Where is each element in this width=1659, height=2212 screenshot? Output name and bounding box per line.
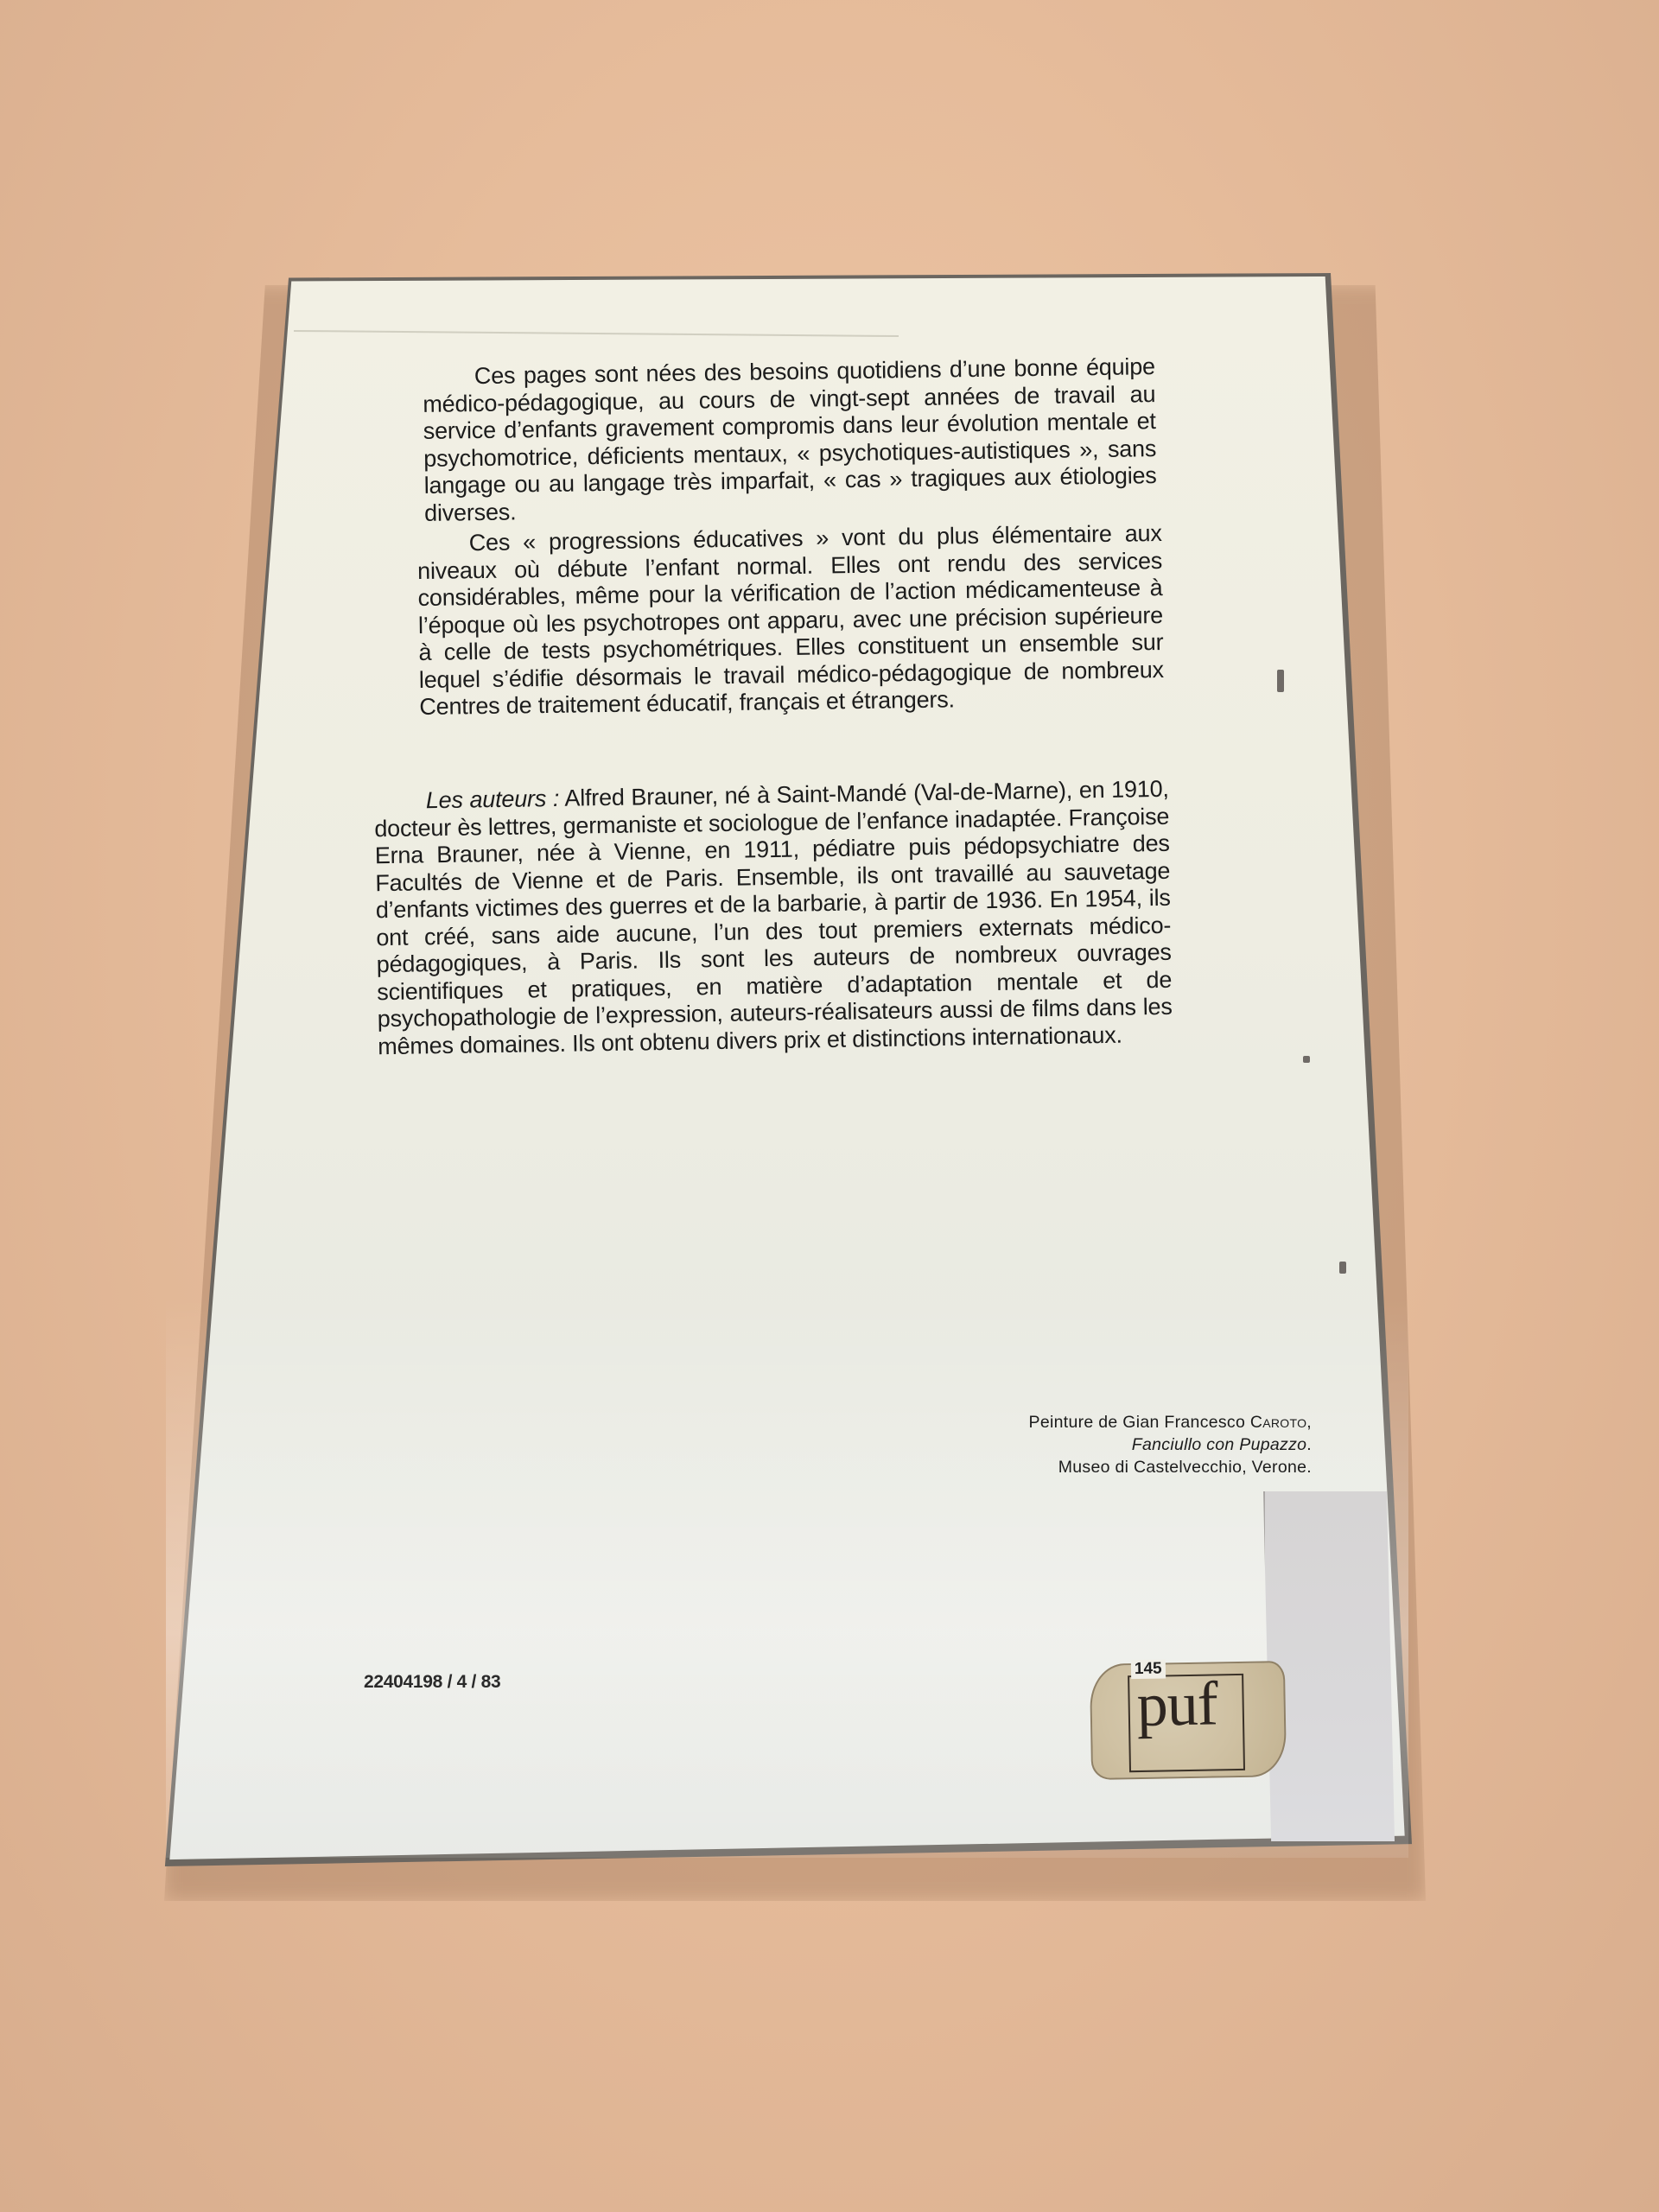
- puf-logo: puf: [1136, 1672, 1217, 1736]
- painting-credit: Peinture de Gian Francesco Caroto, Fanci…: [890, 1411, 1312, 1478]
- removed-barcode-patch: [1263, 1491, 1395, 1841]
- catalog-number: 22404198 / 4 / 83: [364, 1672, 500, 1693]
- painting-title: Fanciullo con Pupazzo: [1132, 1435, 1307, 1454]
- authors-bio: Alfred Brauner, né à Saint-Mandé (Val-de…: [374, 776, 1173, 1059]
- paragraph-1-text: Ces pages sont nées des besoins quotidie…: [423, 353, 1157, 525]
- painter-name: Caroto: [1250, 1413, 1306, 1432]
- puf-price-sticker: 145 puf: [1090, 1661, 1287, 1780]
- description-paragraph-2: Ces « progressions éducatives » vont du …: [417, 520, 1165, 721]
- edge-wear-mark: [1303, 1056, 1310, 1063]
- description-paragraph-1: Ces pages sont nées des besoins quotidie…: [423, 353, 1158, 527]
- authors-label: Les auteurs :: [426, 785, 560, 813]
- paragraph-2-text: Ces « progressions éducatives » vont du …: [417, 520, 1164, 720]
- edge-wear-mark: [1339, 1262, 1346, 1274]
- credit-line-2: Fanciullo con Pupazzo.: [890, 1433, 1312, 1456]
- authors-paragraph: Les auteurs : Alfred Brauner, né à Saint…: [374, 776, 1173, 1060]
- edge-wear-mark: [1277, 670, 1284, 692]
- credit-line-3: Museo di Castelvecchio, Verone.: [890, 1456, 1312, 1478]
- credit-line-1: Peinture de Gian Francesco Caroto,: [890, 1411, 1312, 1433]
